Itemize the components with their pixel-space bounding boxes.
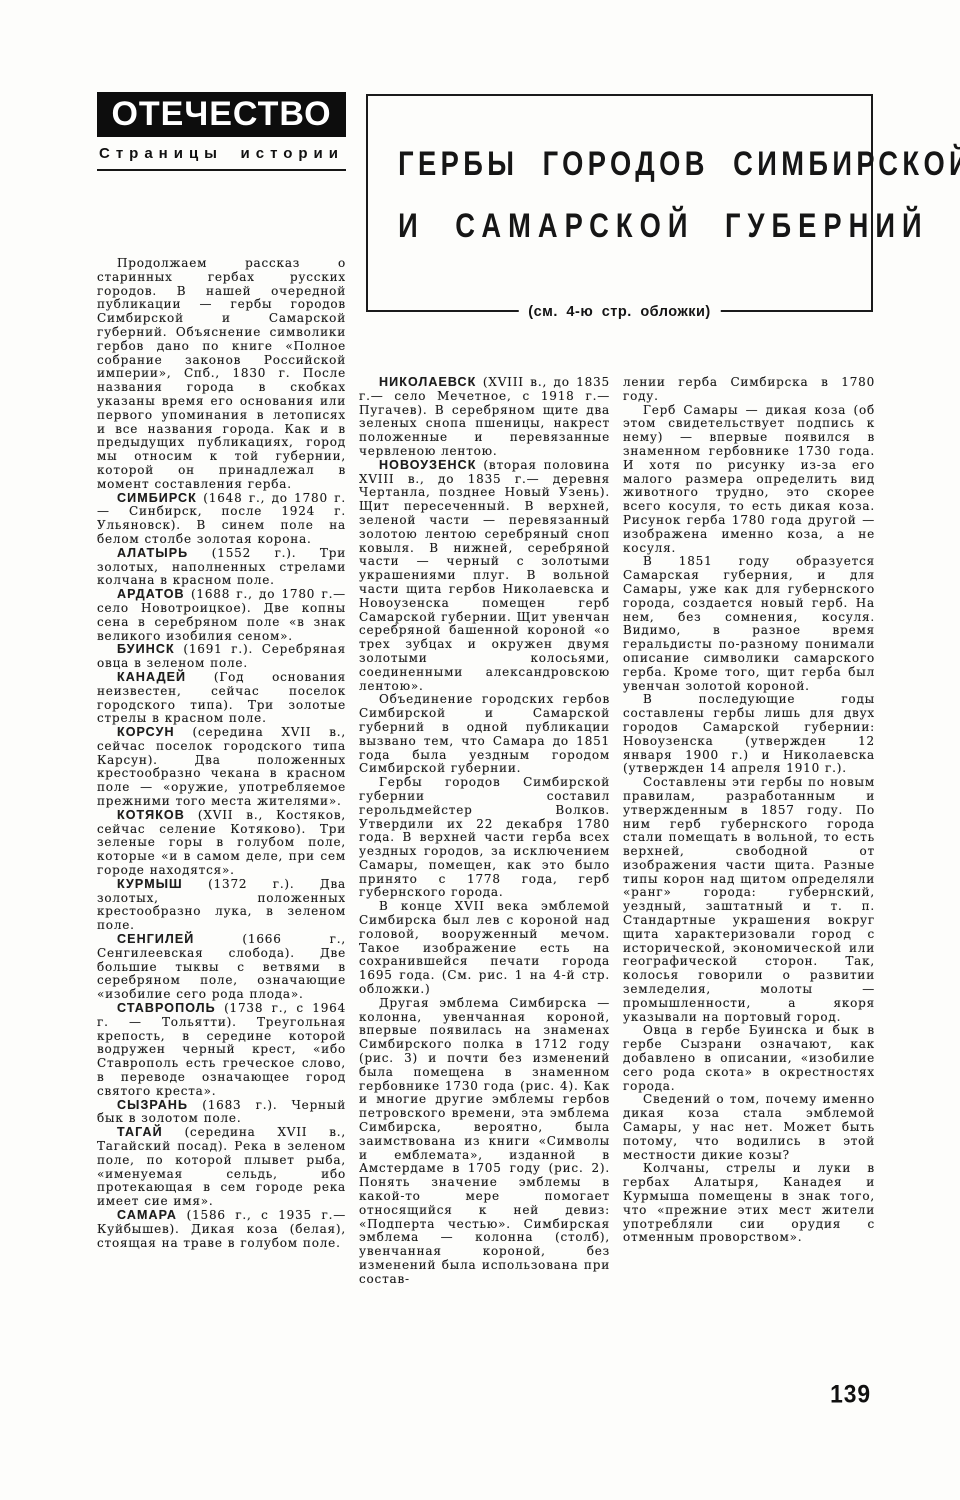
entry-paragraph: НОВОУЗЕНСК (вторая половина XVIII в., до…: [359, 459, 610, 694]
article-title-line1: ГЕРБЫ ГОРОДОВ СИМБИРСКОЙ: [398, 144, 841, 184]
paragraph: Другая эмблема Симбирска — колонна, увен…: [359, 997, 610, 1287]
subtitle-word-2: истории: [241, 145, 344, 162]
city-name: БУИНСК: [117, 642, 175, 656]
paragraph: Гербы городов Симбирской губернии состав…: [359, 776, 610, 900]
rubric-block: ОТЕЧЕСТВО Страницы истории: [97, 92, 346, 171]
page-number: 139: [830, 1380, 871, 1409]
entry-paragraph: КОРСУН (середина XVII в., сейчас поселок…: [97, 726, 346, 809]
entry-paragraph: КАНАДЕЙ (Год основания неизвестен, сейча…: [97, 671, 346, 726]
city-name: ТАГАЙ: [117, 1125, 163, 1139]
city-name: САМАРА: [117, 1208, 177, 1222]
entry-paragraph: СЕНГИЛЕЙ (1666 г., Сенгилеевская слобода…: [97, 933, 346, 1002]
rubric-title: ОТЕЧЕСТВО: [97, 92, 346, 137]
paragraph: Продолжаем рассказ о старинных гербах ру…: [97, 257, 346, 492]
city-name: НИКОЛАЕВСК: [379, 376, 476, 389]
entry-paragraph: НИКОЛАЕВСК (XVIII в., до 1835 г.— село М…: [359, 376, 610, 459]
article-title-line2: И САМАРСКОЙ ГУБЕРНИЙ: [398, 206, 841, 246]
entry-paragraph: КОТЯКОВ (XVII в., Костяков, сейчас селен…: [97, 809, 346, 878]
column-right: лении герба Симбирска в 1780 году.Герб С…: [623, 376, 875, 1381]
city-name: КОРСУН: [117, 725, 175, 739]
rubric-text: ОТЕЧЕСТВО: [111, 95, 331, 134]
entry-paragraph: САМАРА (1586 г., с 1935 г.— Куйбышев). Д…: [97, 1209, 346, 1250]
city-name: СИМБИРСК: [117, 491, 197, 505]
entry-paragraph: БУИНСК (1691 г.). Серебряная овца в зеле…: [97, 643, 346, 671]
city-name: КУРМЫШ: [117, 877, 183, 891]
paragraph: Герб Самары — дикая коза (об этом свидет…: [623, 404, 875, 556]
paragraph: Овца в гербе Буинска и бык в гербе Сызра…: [623, 1024, 875, 1093]
city-name: СТАВРОПОЛЬ: [117, 1001, 216, 1015]
entry-paragraph: СЫЗРАНЬ (1683 г.). Черный бык в золотом …: [97, 1099, 346, 1127]
paragraph: Колчаны, стрелы и луки в гербах Алатыря,…: [623, 1162, 875, 1245]
city-name: АЛАТЫРЬ: [117, 546, 188, 560]
column-left: Продолжаем рассказ о старинных гербах ру…: [97, 257, 346, 1407]
paragraph: Объединение городских гербов Симбирской …: [359, 693, 610, 776]
city-name: КОТЯКОВ: [117, 808, 185, 822]
city-name: СЫЗРАНЬ: [117, 1098, 188, 1112]
city-name: СЕНГИЛЕЙ: [117, 932, 194, 946]
city-name: АРДАТОВ: [117, 587, 185, 601]
paragraph: лении герба Симбирска в 1780 году.: [623, 376, 875, 404]
city-name: КАНАДЕЙ: [117, 670, 186, 684]
magazine-page: ОТЕЧЕСТВО Страницы истории ГЕРБЫ ГОРОДОВ…: [0, 0, 960, 1500]
article-title-box: ГЕРБЫ ГОРОДОВ СИМБИРСКОЙ И САМАРСКОЙ ГУБ…: [366, 94, 873, 312]
entry-paragraph: СТАВРОПОЛЬ (1738 г., с 1964 г. — Тольятт…: [97, 1002, 346, 1099]
paragraph: В конце XVII века эмблемой Симбирска был…: [359, 900, 610, 997]
cover-note: (см. 4-ю стр. обложки): [518, 304, 720, 320]
paragraph: В последующие годы составлены гербы лишь…: [623, 693, 875, 776]
subtitle-word-1: Страницы: [99, 145, 223, 162]
city-name: НОВОУЗЕНСК: [379, 458, 477, 472]
paragraph: Составлены эти гербы по новым правилам, …: [623, 776, 875, 1024]
entry-paragraph: СИМБИРСК (1648 г., до 1780 г.— Синбирск,…: [97, 492, 346, 547]
rubric-subtitle: Страницы истории: [97, 137, 346, 171]
column-middle: НИКОЛАЕВСК (XVIII в., до 1835 г.— село М…: [359, 376, 610, 1381]
paragraph: В 1851 году образуется Самарская губерни…: [623, 555, 875, 693]
entry-paragraph: АЛАТЫРЬ (1552 г.). Три золотых, наполнен…: [97, 547, 346, 588]
paragraph: Сведений о том, почему именно дикая коза…: [623, 1093, 875, 1162]
entry-paragraph: КУРМЫШ (1372 г.). Два золотых, положенны…: [97, 878, 346, 933]
entry-paragraph: АРДАТОВ (1688 г., до 1780 г.— село Новот…: [97, 588, 346, 643]
entry-paragraph: ТАГАЙ (середина XVII в., Тагайский посад…: [97, 1126, 346, 1209]
